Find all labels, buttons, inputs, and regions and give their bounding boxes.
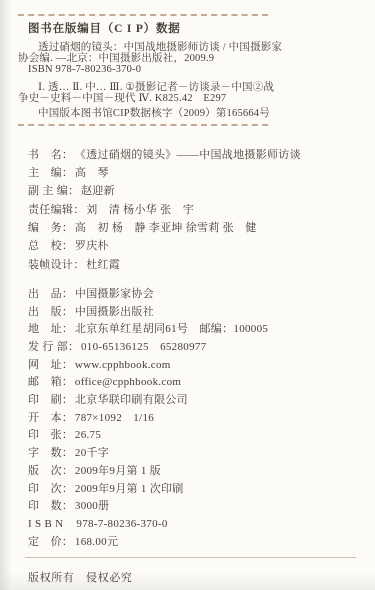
field-label: 总 校 <box>28 237 62 255</box>
colophon-row: 出 版：中国摄影出版社 <box>28 304 375 322</box>
cip-line-registration: 中国版本图书馆CIP数据核字（2009）第165664号 <box>38 109 375 120</box>
field-label: 定 价 <box>28 534 62 552</box>
field-separator: ： <box>62 146 73 164</box>
cip-heading: 图书在版编目（C I P）数据 <box>28 20 375 36</box>
field-label: 责任编辑 <box>28 201 73 219</box>
field-label: 版 次 <box>28 463 62 481</box>
field-value: 787×1092 1/16 <box>75 412 154 424</box>
colophon-row: 出 品：中国摄影家协会 <box>28 286 375 304</box>
colophon-row: 副 主 编：赵迎新 <box>28 182 375 200</box>
field-label: I S B N <box>28 516 63 534</box>
field-value: 刘 清 杨小华 张 宇 <box>86 204 194 216</box>
field-separator: ： <box>62 392 73 410</box>
field-separator: ： <box>73 256 84 274</box>
cip-line-isbn: ISBN 978-7-80236-370-0 <box>28 65 375 76</box>
colophon-row: 书 名：《透过硝烟的镜头》——中国战地摄影师访谈 <box>28 146 375 164</box>
colophon-page: 图书在版编目（C I P）数据 透过硝烟的镜头：中国战地摄影师访谈 / 中国摄影… <box>0 0 375 590</box>
colophon-row: 编 务：高 初 杨 静 李亚坤 徐雪莉 张 健 <box>28 219 375 237</box>
colophon-row: 印 次：2009年9月第 1 次印刷 <box>28 481 375 499</box>
field-separator: ： <box>62 463 73 481</box>
colophon-row: 主 编：高 琴 <box>28 164 375 182</box>
colophon-row: 版 次：2009年9月第 1 版 <box>28 463 375 481</box>
cip-line-publisher: 协会编. —北京：中国摄影出版社，2009.9 <box>18 54 375 65</box>
field-separator: ： <box>62 427 73 445</box>
field-label: 印 刷 <box>28 392 62 410</box>
field-separator: ： <box>62 237 73 255</box>
field-value: 赵迎新 <box>81 185 115 197</box>
field-label: 地 址 <box>28 321 62 339</box>
field-label: 出 品 <box>28 286 62 304</box>
field-separator: ： <box>62 357 73 375</box>
field-value: 《透过硝烟的镜头》——中国战地摄影师访谈 <box>75 149 301 161</box>
field-value: 2009年9月第 1 次印刷 <box>75 483 184 495</box>
field-separator: ： <box>68 182 79 200</box>
field-value: 168.00元 <box>75 536 118 548</box>
field-label: 印 数 <box>28 498 62 516</box>
field-label: 编 务 <box>28 219 62 237</box>
colophon-row: 装帧设计：杜红霞 <box>28 256 375 274</box>
colophon-row: 开 本：787×1092 1/16 <box>28 410 375 428</box>
field-separator: ： <box>62 164 73 182</box>
publishing-section: 出 品：中国摄影家协会出 版：中国摄影出版社地 址：北京东单红星胡同61号 邮编… <box>28 286 375 552</box>
field-separator: ： <box>62 498 73 516</box>
field-label: 发 行 部 <box>28 339 68 357</box>
field-separator: ： <box>62 304 73 322</box>
field-value: 高 初 杨 静 李亚坤 徐雪莉 张 健 <box>75 222 257 234</box>
field-value: 3000册 <box>75 500 110 512</box>
field-value: 高 琴 <box>75 167 109 179</box>
field-separator: ： <box>62 481 73 499</box>
field-value: 26.75 <box>75 429 101 441</box>
colophon-row: 印 张：26.75 <box>28 427 375 445</box>
cip-top-dashed-border <box>18 14 268 16</box>
cip-data-block: 图书在版编目（C I P）数据 透过硝烟的镜头：中国战地摄影师访谈 / 中国摄影… <box>0 0 375 126</box>
credits-section: 书 名：《透过硝烟的镜头》——中国战地摄影师访谈主 编：高 琴副 主 编：赵迎新… <box>28 146 375 274</box>
field-separator: ： <box>62 374 73 392</box>
field-value: 北京东单红星胡同61号 邮编：100005 <box>75 323 268 335</box>
field-value: 20千字 <box>75 447 109 459</box>
colophon-row: 地 址：北京东单红星胡同61号 邮编：100005 <box>28 321 375 339</box>
field-label: 开 本 <box>28 410 62 428</box>
colophon-row: 发 行 部：010-65136125 65280977 <box>28 339 375 357</box>
field-value: 2009年9月第 1 版 <box>75 465 161 477</box>
copyright-notice: 版权所有 侵权必究 <box>28 569 375 585</box>
field-separator: ： <box>68 339 79 357</box>
cip-bottom-dashed-border <box>18 124 268 126</box>
field-separator: ： <box>73 201 84 219</box>
field-value: 北京华联印刷有限公司 <box>75 394 188 406</box>
colophon-row: 定 价：168.00元 <box>28 534 375 552</box>
colophon-row: 网 址：www.cpphbook.com <box>28 357 375 375</box>
field-separator: ： <box>62 534 73 552</box>
field-separator: ： <box>62 286 73 304</box>
field-label: 印 张 <box>28 427 62 445</box>
colophon-row: 总 校：罗庆朴 <box>28 237 375 255</box>
field-value: office@cpphbook.com <box>75 376 181 388</box>
colophon-row: 责任编辑：刘 清 杨小华 张 宇 <box>28 201 375 219</box>
divider-rule <box>25 557 356 558</box>
field-separator: ： <box>62 445 73 463</box>
field-separator: ： <box>62 321 73 339</box>
field-label: 印 次 <box>28 481 62 499</box>
field-separator: ： <box>62 410 73 428</box>
colophon-row: 印 刷：北京华联印刷有限公司 <box>28 392 375 410</box>
field-value: www.cpphbook.com <box>75 359 171 371</box>
field-value: 978-7-80236-370-0 <box>76 518 167 530</box>
colophon-row: 字 数：20千字 <box>28 445 375 463</box>
field-value: 罗庆朴 <box>75 240 109 252</box>
field-label: 副 主 编 <box>28 182 68 200</box>
colophon-row: 邮 箱：office@cpphbook.com <box>28 374 375 392</box>
field-value: 中国摄影出版社 <box>75 306 154 318</box>
field-label: 主 编 <box>28 164 62 182</box>
colophon-row: 印 数：3000册 <box>28 498 375 516</box>
field-label: 网 址 <box>28 357 62 375</box>
field-label: 装帧设计 <box>28 256 73 274</box>
field-value: 中国摄影家协会 <box>75 288 154 300</box>
field-label: 出 版 <box>28 304 62 322</box>
field-label: 邮 箱 <box>28 374 62 392</box>
colophon-row: I S B N978-7-80236-370-0 <box>28 516 375 534</box>
field-label: 字 数 <box>28 445 62 463</box>
field-value: 杜红霞 <box>86 259 120 271</box>
field-separator: ： <box>62 219 73 237</box>
field-value: 010-65136125 65280977 <box>81 341 206 353</box>
cip-line-classification-cont: 争史－史料－中国－现代 Ⅳ. K825.42 E297 <box>18 94 375 105</box>
field-label: 书 名 <box>28 146 62 164</box>
